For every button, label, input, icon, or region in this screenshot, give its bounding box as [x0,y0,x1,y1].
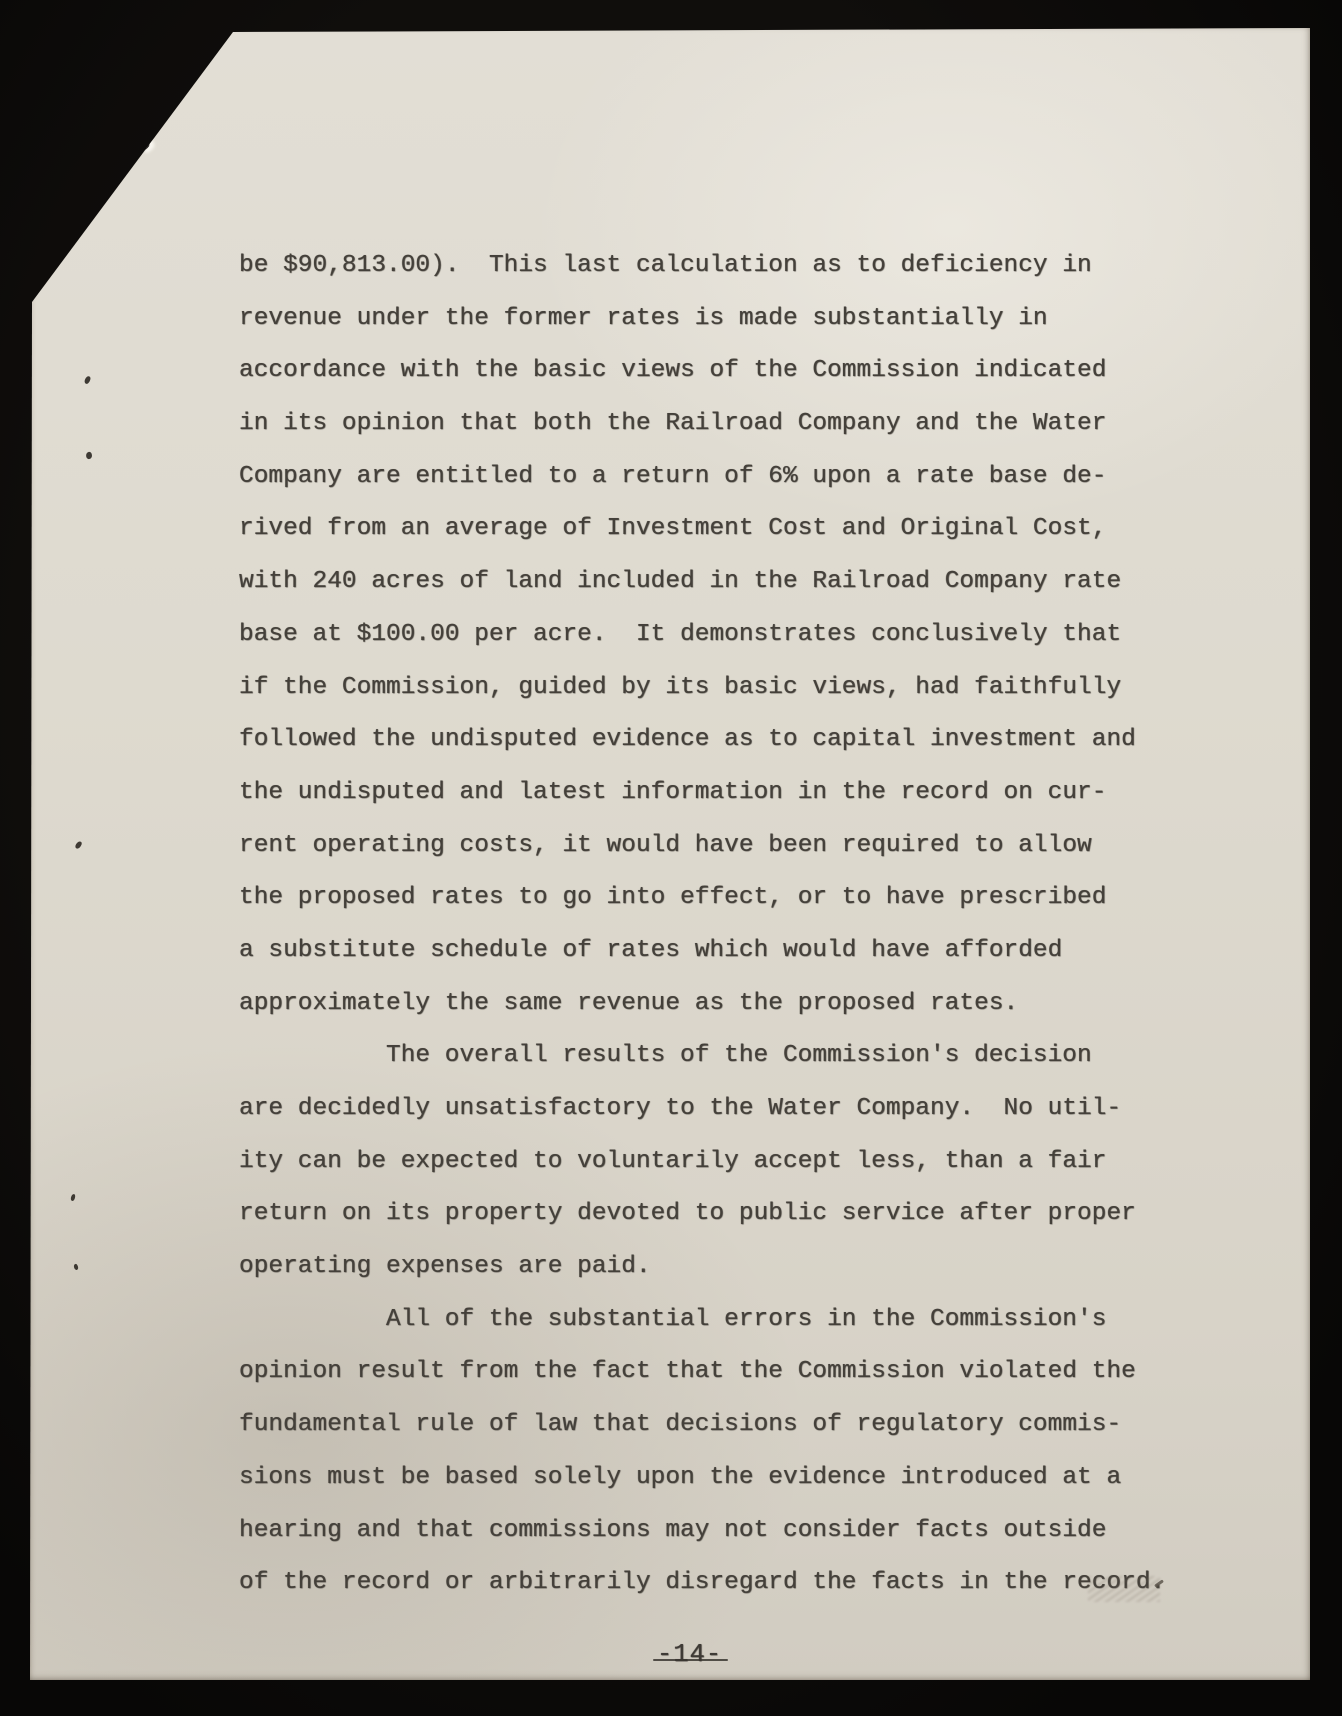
text-line: revenue under the former rates is made s… [239,293,1239,346]
text-line: if the Commission, guided by its basic v… [239,662,1239,715]
text-line: the proposed rates to go into effect, or… [239,872,1239,925]
margin-speck [73,1263,79,1270]
typewritten-text-block: be $90,813.00). This last calculation as… [239,240,1239,1610]
text-line: the undisputed and latest information in… [239,767,1239,820]
text-line: fundamental rule of law that decisions o… [239,1399,1239,1452]
text-line: base at $100.00 per acre. It demonstrate… [239,609,1239,662]
text-line: return on its property devoted to public… [239,1188,1239,1241]
text-line: Company are entitled to a return of 6% u… [239,451,1239,504]
text-line: be $90,813.00). This last calculation as… [239,240,1239,293]
text-line: rived from an average of Investment Cost… [239,503,1239,556]
text-line: approximately the same revenue as the pr… [239,978,1239,1031]
text-line: are decidedly unsatisfactory to the Wate… [239,1083,1239,1136]
text-line: operating expenses are paid. [239,1241,1239,1294]
text-line: a substitute schedule of rates which wou… [239,925,1239,978]
text-line: hearing and that commissions may not con… [239,1505,1239,1558]
text-line: opinion result from the fact that the Co… [239,1346,1239,1399]
text-line: accordance with the basic views of the C… [239,345,1239,398]
text-line: followed the undisputed evidence as to c… [239,714,1239,767]
text-line: All of the substantial errors in the Com… [239,1294,1239,1347]
text-line: rent operating costs, it would have been… [239,820,1239,873]
scan-background: be $90,813.00). This last calculation as… [0,0,1342,1716]
margin-speck [70,1194,75,1202]
document-page: be $90,813.00). This last calculation as… [30,28,1310,1680]
margin-speck [84,375,91,384]
margin-speck [74,840,82,849]
page-number: -14- [657,1640,722,1669]
margin-speck [85,451,93,459]
pencil-smudge [1088,1576,1160,1602]
text-line: ity can be expected to voluntarily accep… [239,1136,1239,1189]
staple-hole-mark [120,121,151,153]
text-line: The overall results of the Commission's … [239,1030,1239,1083]
text-line: with 240 acres of land included in the R… [239,556,1239,609]
text-line: in its opinion that both the Railroad Co… [239,398,1239,451]
text-line: sions must be based solely upon the evid… [239,1452,1239,1505]
